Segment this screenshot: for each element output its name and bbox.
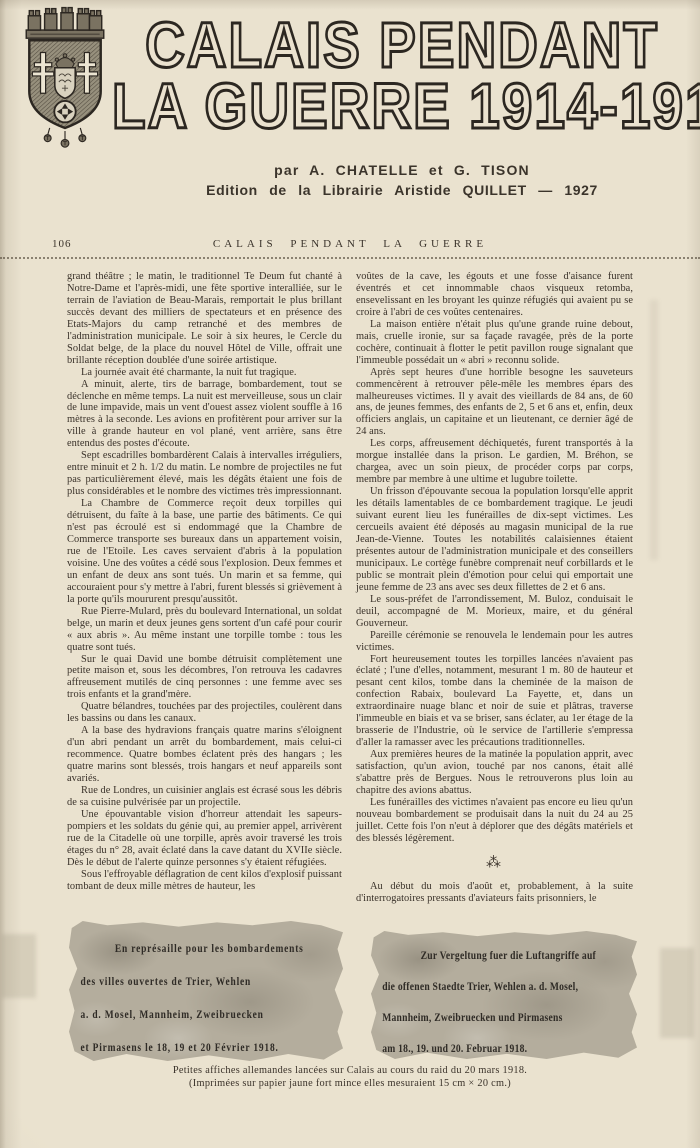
paragraph: Sept escadrilles bombardèrent Calais à i… xyxy=(67,450,342,498)
dotted-rule xyxy=(0,257,700,259)
asterism-ornament: ⁂ xyxy=(356,845,633,881)
paragraph: La journée avait été charmante, la nuit … xyxy=(67,367,342,379)
paragraph: Rue Pierre-Mulard, près du boulevard Int… xyxy=(67,606,342,654)
running-title: CALAIS PENDANT LA GUERRE xyxy=(0,238,700,250)
masthead: CALAIS PENDANT LA GUERRE 1914-1918 par A… xyxy=(112,10,692,198)
french-leaflet-image: En représaille pour les bombardementsdes… xyxy=(69,921,343,1061)
paragraph: grand théâtre ; le matin, le traditionne… xyxy=(67,271,342,367)
paragraph: Aux premières heures de la matinée la po… xyxy=(356,749,633,797)
paragraph: A la base des hydravions français quatre… xyxy=(67,725,342,785)
german-leaflet-line: Zur Vergeltung fuer die Luftangriffe auf xyxy=(371,931,584,971)
paragraph: A minuit, alerte, tirs de barrage, bomba… xyxy=(67,379,342,451)
edition-line: Edition de la Librairie Aristide QUILLET… xyxy=(112,182,692,198)
book-page: CALAIS PENDANT LA GUERRE 1914-1918 par A… xyxy=(0,0,700,1148)
french-leaflet-line: et Pirmasens le 18, 19 et 20 Février 191… xyxy=(69,1032,294,1065)
paragraph: La maison entière n'était plus qu'une gr… xyxy=(356,319,633,367)
german-leaflet-line: am 18., 19. und 20. Februar 1918. xyxy=(371,1033,584,1064)
paragraph: Quatre bélandres, touchées par des proje… xyxy=(67,701,342,725)
paragraph: Une épouvantable vision d'horreur attend… xyxy=(67,809,342,869)
paragraph: Après sept heures d'une horrible besogne… xyxy=(356,367,633,439)
paragraph: Le sous-préfet de l'arrondissement, M. B… xyxy=(356,594,633,630)
german-leaflet-line: die offenen Staedte Trier, Wehlen a. d. … xyxy=(371,971,584,1002)
caption-line1: Petites affiches allemandes lancées sur … xyxy=(0,1064,700,1077)
paragraph: Rue de Londres, un cuisinier anglais est… xyxy=(67,785,342,809)
french-leaflet-line: des villes ouvertes de Trier, Wehlen xyxy=(69,966,294,999)
right-column-bottom: Au début du mois d'août et, probablement… xyxy=(356,881,633,905)
paragraph: Fort heureusement toutes les torpilles l… xyxy=(356,654,633,750)
paragraph: La Chambre de Commerce reçoit deux torpi… xyxy=(67,498,342,606)
calais-coat-of-arms-icon xyxy=(14,6,116,152)
paragraph: voûtes de la cave, les égouts et une fos… xyxy=(356,271,633,319)
right-column-top: voûtes de la cave, les égouts et une fos… xyxy=(356,271,633,845)
book-title-line2: LA GUERRE 1914-1918 xyxy=(112,71,692,142)
right-column: voûtes de la cave, les égouts et une fos… xyxy=(356,271,633,905)
caption-line2: (Imprimées sur papier jaune fort mince e… xyxy=(0,1077,700,1090)
paragraph: Au début du mois d'août et, probablement… xyxy=(356,881,633,905)
paragraph: Les corps, affreusement déchiquetés, fur… xyxy=(356,438,633,486)
scan-smudge xyxy=(660,948,694,1038)
figure-caption: Petites affiches allemandes lancées sur … xyxy=(0,1064,700,1090)
left-column: grand théâtre ; le matin, le traditionne… xyxy=(67,271,342,893)
paragraph: Les funérailles des victimes n'avaient p… xyxy=(356,797,633,845)
scan-smudge xyxy=(650,300,658,560)
german-leaflet-line: Mannheim, Zweibruecken und Pirmasens xyxy=(371,1002,584,1033)
paragraph: Sous l'effroyable déflagration de cent k… xyxy=(67,869,342,893)
paragraph: Un frisson d'épouvante secoua la populat… xyxy=(356,486,633,594)
paragraph: Sur le quai David une bombe détruisit co… xyxy=(67,654,342,702)
byline: par A. CHATELLE et G. TISON xyxy=(112,162,692,178)
french-leaflet-line: a. d. Mosel, Mannheim, Zweibruecken xyxy=(69,999,294,1032)
french-leaflet-line: En représaille pour les bombardements xyxy=(69,921,294,966)
german-leaflet-image: Zur Vergeltung fuer die Luftangriffe auf… xyxy=(371,931,637,1059)
paragraph: Pareille cérémonie se renouvela le lende… xyxy=(356,630,633,654)
scan-smudge xyxy=(2,934,36,998)
